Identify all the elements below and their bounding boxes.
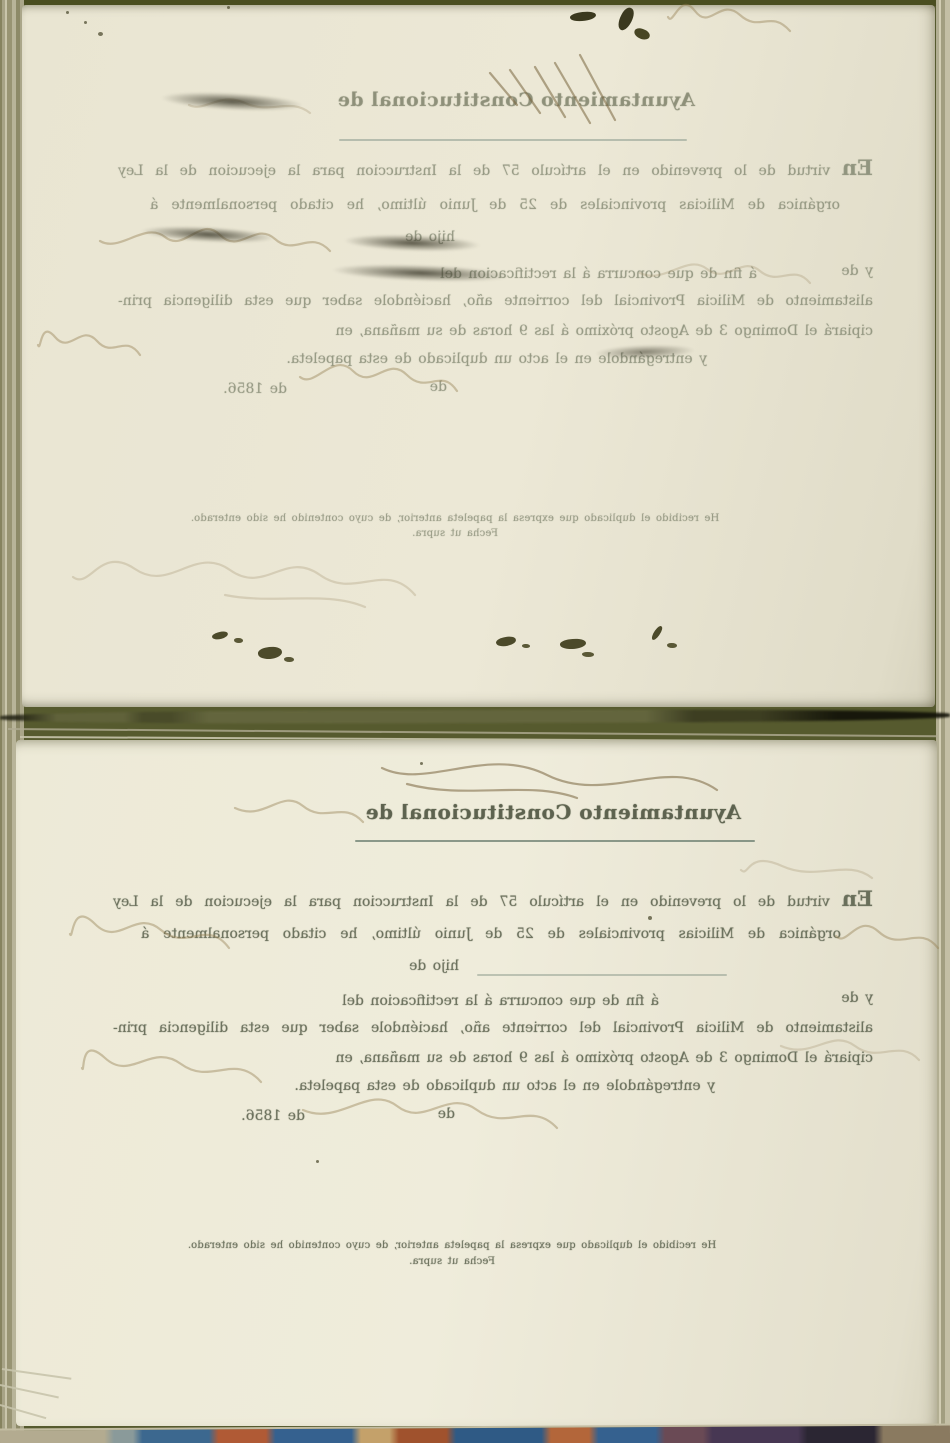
ink-blot (234, 638, 243, 643)
ornate-initial: En (842, 886, 873, 911)
receipt-line-1: He recibido el duplicado que expresa la … (185, 513, 725, 526)
handwriting-name-overflow (833, 912, 943, 962)
ink-blot (582, 652, 594, 657)
book-scan: Ayuntamiento Constitucional de En virtud… (0, 0, 950, 1443)
heading-underline (339, 139, 687, 141)
page-stack-right-edges (936, 0, 950, 1443)
handwriting-mother-name (635, 257, 815, 293)
page-top-verso: Ayuntamiento Constitucional de En virtud… (22, 5, 935, 707)
receipt-line-2: Fecha ut supra. (185, 528, 725, 541)
speck (98, 32, 103, 36)
speck (84, 21, 87, 24)
ink-blot (284, 657, 294, 662)
handwriting-hatch-marks (475, 45, 635, 125)
handwriting-cited-name (67, 908, 237, 964)
date-year: de 1856. (223, 381, 287, 399)
handwriting-town-name (229, 792, 369, 832)
smudge-mark (344, 233, 480, 254)
ornate-initial: En (842, 155, 873, 180)
page-top-bleedthrough-layer: Ayuntamiento Constitucional de En virtud… (22, 5, 935, 707)
receipt-line-2: Fecha ut supra. (182, 1256, 722, 1269)
label-y-de: y de (841, 263, 873, 281)
handwriting-margin-word (79, 1040, 269, 1096)
corner-page-edges (0, 1360, 90, 1430)
label-hijo-de: hijo de (409, 958, 459, 976)
page-bottom-verso: Ayuntamiento Constitucional de En virtud… (16, 740, 937, 1426)
speck (648, 916, 652, 920)
handwriting-place (775, 1028, 925, 1072)
speck (227, 6, 230, 9)
body-line-1: En virtud de lo prevenido en el artículo… (118, 155, 873, 181)
body-line-6: cipiará el Domingo 3 de Agosto próximo á… (335, 323, 873, 341)
handwriting-date-month (295, 357, 465, 403)
body-line-2: orgánica de Milicias provinciales de 25 … (150, 197, 840, 215)
handwriting-flourish-left (737, 852, 877, 888)
label-y-de: y de (841, 990, 873, 1008)
speck (316, 1160, 319, 1163)
body-line-4: á fin de que concurra á la rectificacion… (342, 993, 659, 1011)
ink-blot (667, 643, 677, 648)
marbled-cover-edge (0, 1424, 950, 1443)
handwriting-margin-word (35, 323, 145, 367)
form-heading-mirrored: Ayuntamiento Constitucional de (365, 800, 741, 824)
page-junction-shadow (0, 709, 950, 724)
ink-blot (522, 644, 530, 648)
receipt-line-1: He recibido el duplicado que expresa la … (182, 1240, 722, 1253)
body-line-1-text: virtud de lo prevenido en el artículo 57… (118, 163, 842, 179)
body-line-5: alistamiento de Milicia Provincial del c… (113, 1020, 873, 1038)
handwriting-date-fill (295, 1088, 565, 1144)
handwriting-top-corner (665, 1, 795, 41)
blank-line (477, 974, 727, 976)
page-bottom-bleedthrough-layer: Ayuntamiento Constitucional de En virtud… (16, 740, 937, 1426)
speck (66, 11, 69, 14)
body-line-2: orgánica de Milicias provinciales de 25 … (141, 926, 841, 944)
heading-underline (355, 840, 755, 842)
speck (420, 762, 423, 765)
handwriting-signature-faint (65, 545, 425, 615)
body-line-5: alistamiento de Milicia Provincial del c… (118, 293, 873, 311)
